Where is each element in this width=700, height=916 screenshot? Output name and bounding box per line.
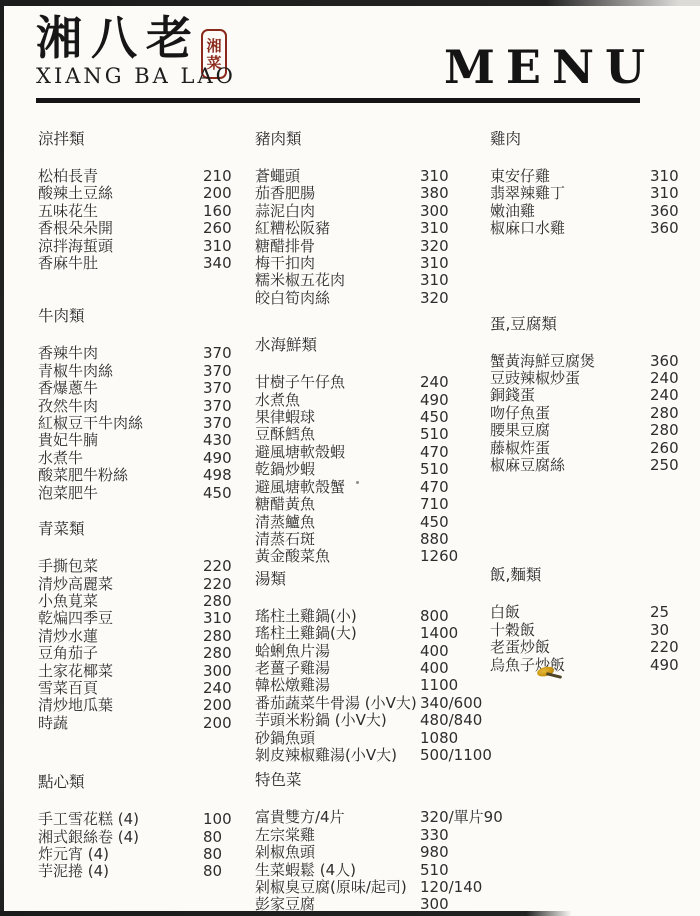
item-name: 剁椒臭豆腐(原味/起司) bbox=[255, 878, 407, 896]
item-name: 十穀飯 bbox=[490, 621, 535, 639]
item-price: 120/140 bbox=[420, 879, 482, 896]
item-price: 370 bbox=[203, 415, 232, 432]
item-price: 360 bbox=[650, 220, 679, 237]
item-price: 470 bbox=[420, 444, 449, 461]
item-name: 梅干扣肉 bbox=[255, 254, 315, 272]
item-price: 210 bbox=[203, 168, 232, 185]
item-name: 富貴雙方/4片 bbox=[255, 808, 345, 826]
menu-item: 香根朵朵開260 bbox=[38, 220, 243, 237]
item-price: 1100 bbox=[420, 677, 458, 694]
item-price: 400 bbox=[420, 643, 449, 660]
item-name: 香爆蔥牛 bbox=[38, 379, 98, 397]
menu-item: 剁椒魚頭980 bbox=[255, 844, 487, 861]
menu-item: 酸辣土豆絲200 bbox=[38, 185, 243, 202]
item-name: 蛤蜊魚片湯 bbox=[255, 642, 330, 660]
item-name: 韓松燉雞湯 bbox=[255, 676, 330, 694]
menu-item: 剝皮辣椒雞湯(小V大)500/1100 bbox=[255, 747, 487, 764]
menu-item: 炸元宵 (4)80 bbox=[38, 846, 243, 863]
item-name: 青椒牛肉絲 bbox=[38, 362, 113, 380]
item-price: 280 bbox=[650, 422, 679, 439]
menu-item: 梅干扣肉310 bbox=[255, 255, 487, 272]
item-price: 240 bbox=[650, 370, 679, 387]
menu-item: 涼拌海蜇頭310 bbox=[38, 238, 243, 255]
menu-item: 香爆蔥牛370 bbox=[38, 380, 243, 397]
item-price: 240 bbox=[203, 680, 232, 697]
item-price: 310 bbox=[203, 238, 232, 255]
item-name: 清蒸石斑 bbox=[255, 530, 315, 548]
menu-item: 芋泥捲 (4)80 bbox=[38, 863, 243, 880]
section-title: 涼拌類 bbox=[38, 130, 243, 148]
item-name: 湘式銀絲卷 (4) bbox=[38, 828, 139, 846]
item-price: 240 bbox=[420, 374, 449, 391]
item-name: 藤椒炸蛋 bbox=[490, 439, 550, 457]
menu-section: 特色菜富貴雙方/4片320/單片90左宗棠雞330剁椒魚頭980生菜蝦鬆 (4人… bbox=[255, 771, 487, 913]
item-price: 1080 bbox=[420, 730, 458, 747]
item-price: 360 bbox=[650, 353, 679, 370]
item-price: 310 bbox=[420, 255, 449, 272]
item-price: 480/840 bbox=[420, 712, 482, 729]
menu-item: 手工雪花糕 (4)100 bbox=[38, 811, 243, 828]
menu-item: 蒜泥白肉300 bbox=[255, 203, 487, 220]
menu-item: 蛤蜊魚片湯400 bbox=[255, 643, 487, 660]
item-price: 510 bbox=[420, 426, 449, 443]
menu-title: MENU bbox=[444, 40, 656, 94]
item-price: 800 bbox=[420, 608, 449, 625]
item-name: 皎白筍肉絲 bbox=[255, 289, 330, 307]
menu-item: 豆豉辣椒炒蛋240 bbox=[490, 370, 676, 387]
item-price: 370 bbox=[203, 398, 232, 415]
menu-item: 茄香肥腸380 bbox=[255, 185, 487, 202]
item-name: 銅錢蛋 bbox=[490, 386, 535, 404]
item-price: 490 bbox=[420, 392, 449, 409]
menu-item: 水煮魚490 bbox=[255, 392, 487, 409]
item-name: 老薑子雞湯 bbox=[255, 659, 330, 677]
menu-item: 白飯25 bbox=[490, 604, 676, 621]
item-price: 220 bbox=[203, 576, 232, 593]
menu-item: 貴妃牛腩430 bbox=[38, 432, 243, 449]
item-name: 清炒地瓜葉 bbox=[38, 696, 113, 714]
item-name: 黃金酸菜魚 bbox=[255, 547, 330, 565]
item-name: 豆角茄子 bbox=[38, 644, 98, 662]
item-price: 370 bbox=[203, 345, 232, 362]
menu-item: 銅錢蛋240 bbox=[490, 387, 676, 404]
section-title: 豬肉類 bbox=[255, 130, 487, 148]
menu-item: 泡菜肥牛450 bbox=[38, 485, 243, 502]
menu-item: 糖醋黃魚710 bbox=[255, 496, 487, 513]
menu-item: 吻仔魚蛋280 bbox=[490, 405, 676, 422]
scan-edge-top bbox=[0, 0, 700, 6]
menu-item: 紅椒豆干牛肉絲370 bbox=[38, 415, 243, 432]
scan-edge-left bbox=[0, 0, 4, 916]
menu-section: 青菜類手撕包菜220清炒高麗菜220小魚莧菜280乾煸四季豆310清炒水蓮280… bbox=[38, 520, 243, 732]
menu-item: 雪菜百頁240 bbox=[38, 680, 243, 697]
menu-item: 清蒸石斑880 bbox=[255, 531, 487, 548]
item-price: 710 bbox=[420, 496, 449, 513]
menu-item: 生菜蝦鬆 (4人)510 bbox=[255, 862, 487, 879]
menu-item: 芋頭米粉鍋 (小V大)480/840 bbox=[255, 712, 487, 729]
item-name: 紅糟松阪豬 bbox=[255, 219, 330, 237]
item-name: 生菜蝦鬆 (4人) bbox=[255, 861, 356, 879]
item-price: 310 bbox=[203, 610, 232, 627]
header-divider bbox=[36, 98, 640, 103]
menu-item: 瑤柱土雞鍋(大)1400 bbox=[255, 625, 487, 642]
menu-item: 時蔬200 bbox=[38, 715, 243, 732]
item-price: 300 bbox=[420, 203, 449, 220]
item-name: 芋頭米粉鍋 (小V大) bbox=[255, 711, 387, 729]
menu-item: 避風塘軟殼蟹470 bbox=[255, 479, 487, 496]
item-price: 1260 bbox=[420, 548, 458, 565]
menu-section: 雞肉東安仔雞310翡翠辣雞丁310嫩油雞360椒麻口水雞360 bbox=[490, 130, 676, 238]
menu-item: 砂鍋魚頭1080 bbox=[255, 730, 487, 747]
item-name: 避風塘軟殼蟹 bbox=[255, 478, 345, 496]
item-price: 250 bbox=[650, 457, 679, 474]
menu-item: 東安仔雞310 bbox=[490, 168, 676, 185]
item-name: 小魚莧菜 bbox=[38, 592, 98, 610]
menu-item: 嫩油雞360 bbox=[490, 203, 676, 220]
menu-section: 涼拌類松柏長青210酸辣土豆絲200五味花生160香根朵朵開260涼拌海蜇頭31… bbox=[38, 130, 243, 272]
section-title: 牛肉類 bbox=[38, 307, 243, 325]
item-name: 蒜泥白肉 bbox=[255, 202, 315, 220]
item-price: 80 bbox=[203, 846, 222, 863]
item-price: 200 bbox=[203, 185, 232, 202]
item-price: 498 bbox=[203, 467, 232, 484]
menu-item: 老蛋炒飯220 bbox=[490, 639, 676, 656]
item-price: 310 bbox=[650, 185, 679, 202]
item-price: 280 bbox=[650, 405, 679, 422]
item-name: 豆酥鱈魚 bbox=[255, 425, 315, 443]
item-name: 東安仔雞 bbox=[490, 167, 550, 185]
item-name: 蟹黃海鮮豆腐煲 bbox=[490, 352, 595, 370]
menu-item: 左宗棠雞330 bbox=[255, 827, 487, 844]
item-price: 300 bbox=[203, 663, 232, 680]
item-name: 五味花生 bbox=[38, 202, 98, 220]
menu-item: 富貴雙方/4片320/單片90 bbox=[255, 809, 487, 826]
menu-item: 孜然牛肉370 bbox=[38, 398, 243, 415]
item-price: 220 bbox=[203, 558, 232, 575]
item-name: 老蛋炒飯 bbox=[490, 638, 550, 656]
menu-item: 椒麻口水雞360 bbox=[490, 220, 676, 237]
item-price: 340 bbox=[203, 255, 232, 272]
section-title: 蛋,豆腐類 bbox=[490, 315, 676, 333]
menu-item: 香麻牛肚340 bbox=[38, 255, 243, 272]
menu-item: 小魚莧菜280 bbox=[38, 593, 243, 610]
item-price: 240 bbox=[650, 387, 679, 404]
item-name: 手撕包菜 bbox=[38, 557, 98, 575]
item-price: 490 bbox=[203, 450, 232, 467]
item-name: 芋泥捲 (4) bbox=[38, 862, 109, 880]
menu-section: 飯,麵類白飯25十穀飯30老蛋炒飯220烏魚子炒飯490 bbox=[490, 566, 676, 674]
section-title: 湯類 bbox=[255, 570, 487, 588]
menu-item: 藤椒炸蛋260 bbox=[490, 440, 676, 457]
menu-item: 蟹黃海鮮豆腐煲360 bbox=[490, 353, 676, 370]
item-price: 380 bbox=[420, 185, 449, 202]
item-price: 280 bbox=[203, 628, 232, 645]
item-name: 涼拌海蜇頭 bbox=[38, 237, 113, 255]
item-name: 果律蝦球 bbox=[255, 408, 315, 426]
item-name: 番茄蔬菜牛骨湯 (小V大) bbox=[255, 694, 417, 712]
item-name: 手工雪花糕 (4) bbox=[38, 810, 139, 828]
item-price: 200 bbox=[203, 715, 232, 732]
item-price: 510 bbox=[420, 862, 449, 879]
menu-section: 點心類手工雪花糕 (4)100湘式銀絲卷 (4)80炸元宵 (4)80芋泥捲 (… bbox=[38, 773, 243, 881]
menu-item: 黃金酸菜魚1260 bbox=[255, 548, 487, 565]
menu-item: 腰果豆腐280 bbox=[490, 422, 676, 439]
item-name: 避風塘軟殼蝦 bbox=[255, 443, 345, 461]
menu-item: 酸菜肥牛粉絲498 bbox=[38, 467, 243, 484]
item-name: 時蔬 bbox=[38, 714, 68, 732]
menu-item: 甘樹子午仔魚240 bbox=[255, 374, 487, 391]
item-name: 剝皮辣椒雞湯(小V大) bbox=[255, 746, 397, 764]
item-price: 510 bbox=[420, 461, 449, 478]
menu-item: 瑤柱土雞鍋(小)800 bbox=[255, 608, 487, 625]
item-price: 260 bbox=[650, 440, 679, 457]
item-price: 280 bbox=[203, 645, 232, 662]
menu-item: 翡翠辣雞丁310 bbox=[490, 185, 676, 202]
menu-item: 豆酥鱈魚510 bbox=[255, 426, 487, 443]
item-name: 清蒸鱸魚 bbox=[255, 513, 315, 531]
section-title: 飯,麵類 bbox=[490, 566, 676, 584]
item-name: 甘樹子午仔魚 bbox=[255, 373, 345, 391]
item-price: 200 bbox=[203, 697, 232, 714]
section-title: 特色菜 bbox=[255, 771, 487, 789]
section-title: 雞肉 bbox=[490, 130, 676, 148]
menu-column-left: 涼拌類松柏長青210酸辣土豆絲200五味花生160香根朵朵開260涼拌海蜇頭31… bbox=[38, 130, 243, 881]
menu-item: 乾鍋炒蝦510 bbox=[255, 461, 487, 478]
item-name: 糖醋黃魚 bbox=[255, 495, 315, 513]
menu-item: 彭家豆腐300 bbox=[255, 896, 487, 913]
menu-item: 清炒地瓜葉200 bbox=[38, 697, 243, 714]
menu-section: 水海鮮類甘樹子午仔魚240水煮魚490果律蝦球450豆酥鱈魚510避風塘軟殼蝦4… bbox=[255, 336, 487, 565]
item-name: 酸菜肥牛粉絲 bbox=[38, 466, 128, 484]
menu-item: 椒麻豆腐絲250 bbox=[490, 457, 676, 474]
item-price: 310 bbox=[420, 168, 449, 185]
menu-item: 手撕包菜220 bbox=[38, 558, 243, 575]
menu-item: 糯米椒五花肉310 bbox=[255, 272, 487, 289]
menu-item: 湘式銀絲卷 (4)80 bbox=[38, 829, 243, 846]
item-price: 280 bbox=[203, 593, 232, 610]
item-price: 310 bbox=[650, 168, 679, 185]
menu-item: 果律蝦球450 bbox=[255, 409, 487, 426]
item-name: 翡翠辣雞丁 bbox=[490, 184, 565, 202]
item-name: 香麻牛肚 bbox=[38, 254, 98, 272]
item-price: 300 bbox=[420, 896, 449, 913]
menu-item: 糖醋排骨320 bbox=[255, 238, 487, 255]
item-name: 豆豉辣椒炒蛋 bbox=[490, 369, 580, 387]
menu-item: 豆角茄子280 bbox=[38, 645, 243, 662]
item-price: 880 bbox=[420, 531, 449, 548]
item-name: 彭家豆腐 bbox=[255, 895, 315, 913]
menu-item: 皎白筍肉絲320 bbox=[255, 290, 487, 307]
menu-column-middle: 豬肉類蒼蠅頭310茄香肥腸380蒜泥白肉300紅糟松阪豬310糖醋排骨320梅干… bbox=[255, 130, 487, 914]
item-name: 茄香肥腸 bbox=[255, 184, 315, 202]
menu-section: 牛肉類香辣牛肉370青椒牛肉絲370香爆蔥牛370孜然牛肉370紅椒豆干牛肉絲3… bbox=[38, 307, 243, 502]
menu-item: 清炒水蓮280 bbox=[38, 628, 243, 645]
item-price: 370 bbox=[203, 363, 232, 380]
item-name: 松柏長青 bbox=[38, 167, 98, 185]
menu-item: 清炒高麗菜220 bbox=[38, 576, 243, 593]
item-name: 雪菜百頁 bbox=[38, 679, 98, 697]
menu-item: 香辣牛肉370 bbox=[38, 345, 243, 362]
item-name: 椒麻口水雞 bbox=[490, 219, 565, 237]
item-price: 430 bbox=[203, 432, 232, 449]
item-price: 160 bbox=[203, 203, 232, 220]
item-name: 水煮牛 bbox=[38, 449, 83, 467]
item-price: 220 bbox=[650, 639, 679, 656]
item-price: 450 bbox=[420, 514, 449, 531]
item-price: 310 bbox=[420, 272, 449, 289]
menu-page: 湘八老 湘 菜 XIANG BA LAO MENU 涼拌類松柏長青210酸辣土豆… bbox=[0, 0, 700, 916]
item-price: 370 bbox=[203, 380, 232, 397]
menu-item: 松柏長青210 bbox=[38, 168, 243, 185]
item-price: 30 bbox=[650, 622, 669, 639]
section-title: 點心類 bbox=[38, 773, 243, 791]
item-name: 左宗棠雞 bbox=[255, 826, 315, 844]
stain-tail bbox=[546, 672, 562, 679]
item-name: 砂鍋魚頭 bbox=[255, 729, 315, 747]
item-price: 310 bbox=[420, 220, 449, 237]
menu-item: 青椒牛肉絲370 bbox=[38, 363, 243, 380]
item-name: 糯米椒五花肉 bbox=[255, 271, 345, 289]
menu-column-right: 雞肉東安仔雞310翡翠辣雞丁310嫩油雞360椒麻口水雞360蛋,豆腐類蟹黃海鮮… bbox=[490, 130, 676, 674]
menu-item: 避風塘軟殼蝦470 bbox=[255, 444, 487, 461]
menu-section: 豬肉類蒼蠅頭310茄香肥腸380蒜泥白肉300紅糟松阪豬310糖醋排骨320梅干… bbox=[255, 130, 487, 307]
menu-item: 剁椒臭豆腐(原味/起司)120/140 bbox=[255, 879, 487, 896]
item-name: 腰果豆腐 bbox=[490, 421, 550, 439]
menu-item: 老薑子雞湯400 bbox=[255, 660, 487, 677]
section-title: 水海鮮類 bbox=[255, 336, 487, 354]
item-name: 紅椒豆干牛肉絲 bbox=[38, 414, 143, 432]
item-price: 450 bbox=[420, 409, 449, 426]
item-price: 340/600 bbox=[420, 695, 482, 712]
menu-item: 土家花椰菜300 bbox=[38, 663, 243, 680]
item-price: 320 bbox=[420, 238, 449, 255]
menu-section: 蛋,豆腐類蟹黃海鮮豆腐煲360豆豉辣椒炒蛋240銅錢蛋240吻仔魚蛋280腰果豆… bbox=[490, 315, 676, 475]
item-name: 吻仔魚蛋 bbox=[490, 404, 550, 422]
item-name: 白飯 bbox=[490, 603, 520, 621]
brand-name-english: XIANG BA LAO bbox=[36, 64, 236, 88]
item-price: 470 bbox=[420, 479, 449, 496]
item-price: 320/單片90 bbox=[420, 809, 503, 826]
item-name: 水煮魚 bbox=[255, 391, 300, 409]
menu-item: 水煮牛490 bbox=[38, 450, 243, 467]
item-name: 蒼蠅頭 bbox=[255, 167, 300, 185]
item-name: 清炒水蓮 bbox=[38, 627, 98, 645]
brand-name-chinese: 湘八老 bbox=[36, 12, 201, 64]
item-price: 320 bbox=[420, 290, 449, 307]
item-name: 香辣牛肉 bbox=[38, 344, 98, 362]
item-name: 炸元宵 (4) bbox=[38, 845, 109, 863]
item-price: 1400 bbox=[420, 625, 458, 642]
item-name: 清炒高麗菜 bbox=[38, 575, 113, 593]
item-name: 酸辣土豆絲 bbox=[38, 184, 113, 202]
item-name: 貴妃牛腩 bbox=[38, 431, 98, 449]
menu-item: 韓松燉雞湯1100 bbox=[255, 677, 487, 694]
item-price: 980 bbox=[420, 844, 449, 861]
menu-item: 紅糟松阪豬310 bbox=[255, 220, 487, 237]
item-price: 360 bbox=[650, 203, 679, 220]
item-price: 260 bbox=[203, 220, 232, 237]
item-price: 330 bbox=[420, 827, 449, 844]
item-name: 土家花椰菜 bbox=[38, 662, 113, 680]
item-price: 100 bbox=[203, 811, 232, 828]
item-price: 490 bbox=[650, 657, 679, 674]
item-name: 剁椒魚頭 bbox=[255, 843, 315, 861]
item-price: 25 bbox=[650, 604, 669, 621]
item-name: 瑤柱土雞鍋(小) bbox=[255, 607, 357, 625]
item-name: 瑤柱土雞鍋(大) bbox=[255, 624, 357, 642]
item-name: 糖醋排骨 bbox=[255, 237, 315, 255]
item-name: 孜然牛肉 bbox=[38, 397, 98, 415]
item-name: 嫩油雞 bbox=[490, 202, 535, 220]
menu-section: 湯類瑤柱土雞鍋(小)800瑤柱土雞鍋(大)1400蛤蜊魚片湯400老薑子雞湯40… bbox=[255, 570, 487, 765]
item-price: 500/1100 bbox=[420, 747, 492, 764]
menu-item: 乾煸四季豆310 bbox=[38, 610, 243, 627]
item-price: 450 bbox=[203, 485, 232, 502]
menu-item: 蒼蠅頭310 bbox=[255, 168, 487, 185]
item-name: 香根朵朵開 bbox=[38, 219, 113, 237]
menu-item: 十穀飯30 bbox=[490, 622, 676, 639]
item-name: 椒麻豆腐絲 bbox=[490, 456, 565, 474]
stain-mark bbox=[532, 665, 564, 685]
seal-char-top: 湘 bbox=[206, 38, 221, 54]
item-price: 80 bbox=[203, 829, 222, 846]
item-name: 乾鍋炒蝦 bbox=[255, 460, 315, 478]
scan-speck bbox=[356, 481, 359, 484]
item-name: 泡菜肥牛 bbox=[38, 484, 98, 502]
menu-item: 烏魚子炒飯490 bbox=[490, 657, 676, 674]
section-title: 青菜類 bbox=[38, 520, 243, 538]
item-name: 乾煸四季豆 bbox=[38, 609, 113, 627]
item-price: 80 bbox=[203, 863, 222, 880]
menu-item: 五味花生160 bbox=[38, 203, 243, 220]
item-price: 400 bbox=[420, 660, 449, 677]
menu-item: 番茄蔬菜牛骨湯 (小V大)340/600 bbox=[255, 695, 487, 712]
menu-item: 清蒸鱸魚450 bbox=[255, 514, 487, 531]
